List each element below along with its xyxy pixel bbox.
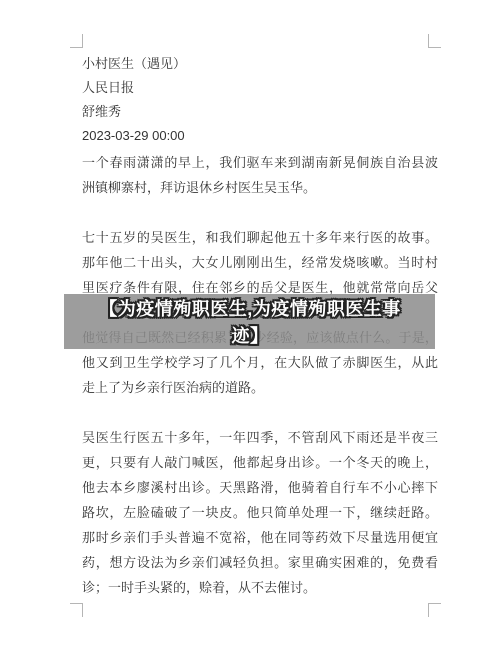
paragraph-gap xyxy=(82,400,438,425)
caption-line-1: 【为疫情殉职医生,为疫情殉职医生事 xyxy=(0,296,500,323)
body-line: 药，想方设法为乡亲们减轻负担。家里确实困难的，免费看 xyxy=(82,550,438,575)
body-line: 路坎，左脸磕破了一块皮。他只简单处理一下，继续赶路。 xyxy=(82,500,438,525)
body-line: 那时乡亲们手头普遍不宽裕，他在同等药效下尽量选用便宜 xyxy=(82,525,438,550)
body-line: 更，只要有人敲门喊医，他都起身出诊。一个冬天的晚上， xyxy=(82,450,438,475)
body-block: 一个春雨潇潇的早上，我们驱车来到湖南新晃侗族自治县波洲镇柳寨村，拜访退休乡村医生… xyxy=(82,150,438,600)
document-page: 小村医生（遇见）人民日报舒维秀2023-03-29 00:00 一个春雨潇潇的早… xyxy=(0,0,500,652)
meta-line: 2023-03-29 00:00 xyxy=(82,124,438,148)
body-line: 诊；一时手头紧的，赊着，从不去催讨。 xyxy=(82,575,438,600)
text-boundary-mark-top-left xyxy=(70,34,83,48)
body-line: 那年他二十出头，大女儿刚刚出生，经常发烧咳嗽。当时村 xyxy=(82,250,438,275)
meta-line: 人民日报 xyxy=(82,76,438,100)
body-line: 七十五岁的吴医生，和我们聊起他五十多年来行医的故事。 xyxy=(82,225,438,250)
body-line: 一个春雨潇潇的早上，我们驱车来到湖南新晃侗族自治县波 xyxy=(82,150,438,175)
body-line: 吴医生行医五十多年，一年四季，不管刮风下雨还是半夜三 xyxy=(82,425,438,450)
meta-line: 小村医生（遇见） xyxy=(82,52,438,76)
meta-block: 小村医生（遇见）人民日报舒维秀2023-03-29 00:00 xyxy=(82,52,438,148)
caption-line-2: 迹】 xyxy=(0,323,500,350)
text-boundary-mark-top-right xyxy=(428,34,441,48)
paragraph-gap xyxy=(82,200,438,225)
caption-overlay-title: 【为疫情殉职医生,为疫情殉职医生事 迹】 xyxy=(0,296,500,350)
text-boundary-mark-bottom-right xyxy=(428,603,441,617)
body-line: 他去本乡廖溪村出诊。天黑路滑，他骑着自行车不小心摔下 xyxy=(82,475,438,500)
meta-line: 舒维秀 xyxy=(82,100,438,124)
body-line: 洲镇柳寨村，拜访退休乡村医生吴玉华。 xyxy=(82,175,438,200)
body-line: 他又到卫生学校学习了几个月，在大队做了赤脚医生，从此 xyxy=(82,350,438,375)
text-boundary-mark-bottom-left xyxy=(70,603,83,617)
body-line: 走上了为乡亲行医治病的道路。 xyxy=(82,375,438,400)
